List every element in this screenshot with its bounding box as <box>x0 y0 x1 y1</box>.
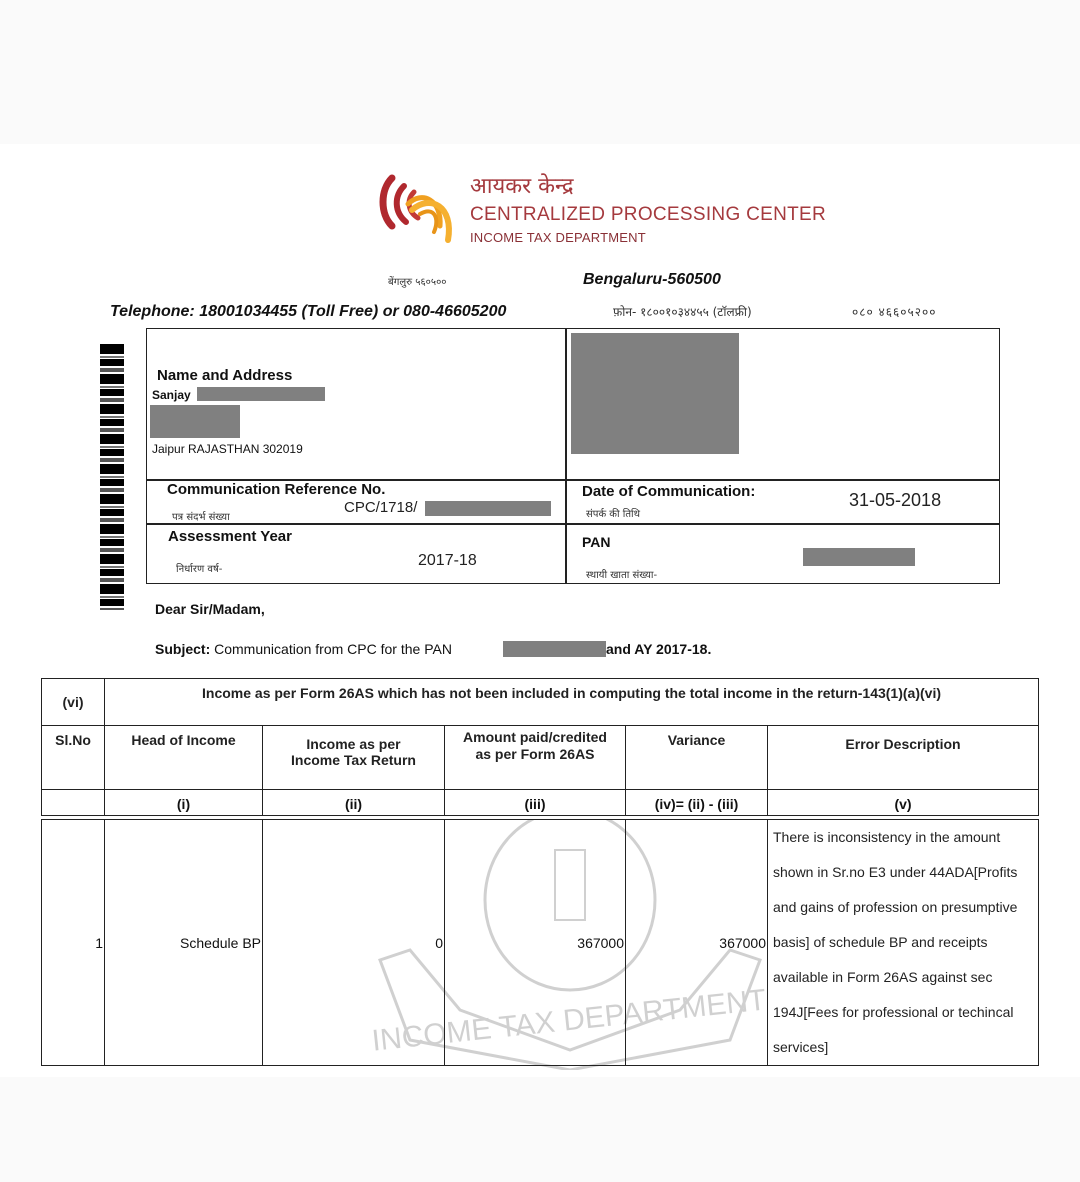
ref-ii: (ii) <box>263 790 445 816</box>
col-header-error-description: Error Description <box>768 726 1039 790</box>
ay-label: Assessment Year <box>168 528 292 545</box>
col-header-amount-26as: Amount paid/credited as per Form 26AS <box>445 726 626 790</box>
city: Bengaluru-560500 <box>583 271 721 289</box>
logo-title: CENTRALIZED PROCESSING CENTER <box>470 204 826 226</box>
subject-text: Communication from CPC for the PAN <box>214 641 452 657</box>
info-divider-v <box>565 328 567 584</box>
telephone-hindi-2: ०८० ४६६०५२०० <box>852 303 936 320</box>
table-row: 1 Schedule BP 0 367000 367000 There is i… <box>42 820 1039 1066</box>
col-header-income-itr: Income as per Income Tax Return <box>263 726 445 790</box>
telephone: Telephone: 18001034455 (Toll Free) or 08… <box>110 303 506 321</box>
redacted-comm-ref <box>425 501 551 516</box>
redacted-pan <box>803 548 915 566</box>
redacted-address <box>150 405 240 438</box>
ref-v: (v) <box>768 790 1039 816</box>
row-income-itr: 0 <box>263 820 445 1066</box>
ay-value: 2017-18 <box>418 552 477 570</box>
row-variance: 367000 <box>626 820 768 1066</box>
date-hindi: संपर्क की तिथि <box>586 506 640 520</box>
comm-ref-hindi: पत्र संदर्भ संख्या <box>172 509 230 523</box>
greeting: Dear Sir/Madam, <box>155 601 265 617</box>
section-title: Income as per Form 26AS which has not be… <box>105 679 1039 726</box>
info-divider-h2 <box>146 523 1000 525</box>
address-city: Jaipur RAJASTHAN 302019 <box>152 442 303 456</box>
ref-i: (i) <box>105 790 263 816</box>
pan-hindi: स्थायी खाता संख्या- <box>586 567 657 581</box>
redacted-subject-pan <box>503 641 606 657</box>
logo-hindi-title: आयकर केन्द्र <box>470 170 574 200</box>
date-value: 31-05-2018 <box>849 490 941 511</box>
date-label: Date of Communication: <box>582 483 755 500</box>
row-amount-26as: 367000 <box>445 820 626 1066</box>
subject-suffix: and AY 2017-18. <box>606 641 711 657</box>
comm-ref-label: Communication Reference No. <box>167 481 385 498</box>
city-hindi: बेंगलुरु ५६०५०० <box>388 274 446 288</box>
ref-slno <box>42 790 105 816</box>
col-header-variance: Variance <box>626 726 768 790</box>
barcode <box>100 344 124 610</box>
logo-subtitle: INCOME TAX DEPARTMENT <box>470 230 646 245</box>
col-header-slno: Sl.No <box>42 726 105 790</box>
income-mismatch-table: (vi) Income as per Form 26AS which has n… <box>41 678 1039 1066</box>
cpc-logo-icon <box>378 170 462 250</box>
name-address-label: Name and Address <box>157 367 292 384</box>
redacted-photo-block <box>571 333 739 454</box>
redacted-name <box>197 387 325 401</box>
subject-prefix: Subject: <box>155 641 210 657</box>
table-ref-row: (i) (ii) (iii) (iv)= (ii) - (iii) (v) <box>42 790 1039 816</box>
comm-ref-value: CPC/1718/ <box>344 499 417 516</box>
ay-hindi: निर्धारण वर्ष- <box>176 561 222 575</box>
name-value: Sanjay <box>152 388 191 402</box>
telephone-hindi: फ़ोन- १८००१०३४४५५ (टॉलफ्री) <box>613 303 752 320</box>
section-id: (vi) <box>42 679 105 726</box>
row-error-description: There is inconsistency in the amount sho… <box>768 820 1039 1066</box>
table-header-row: Sl.No Head of Income Income as per Incom… <box>42 726 1039 790</box>
row-head-of-income: Schedule BP <box>105 820 263 1066</box>
row-slno: 1 <box>42 820 105 1066</box>
pan-label: PAN <box>582 534 611 550</box>
col-header-head-of-income: Head of Income <box>105 726 263 790</box>
ref-iii: (iii) <box>445 790 626 816</box>
subject-line: Subject: Communication from CPC for the … <box>155 641 452 657</box>
ref-iv: (iv)= (ii) - (iii) <box>626 790 768 816</box>
